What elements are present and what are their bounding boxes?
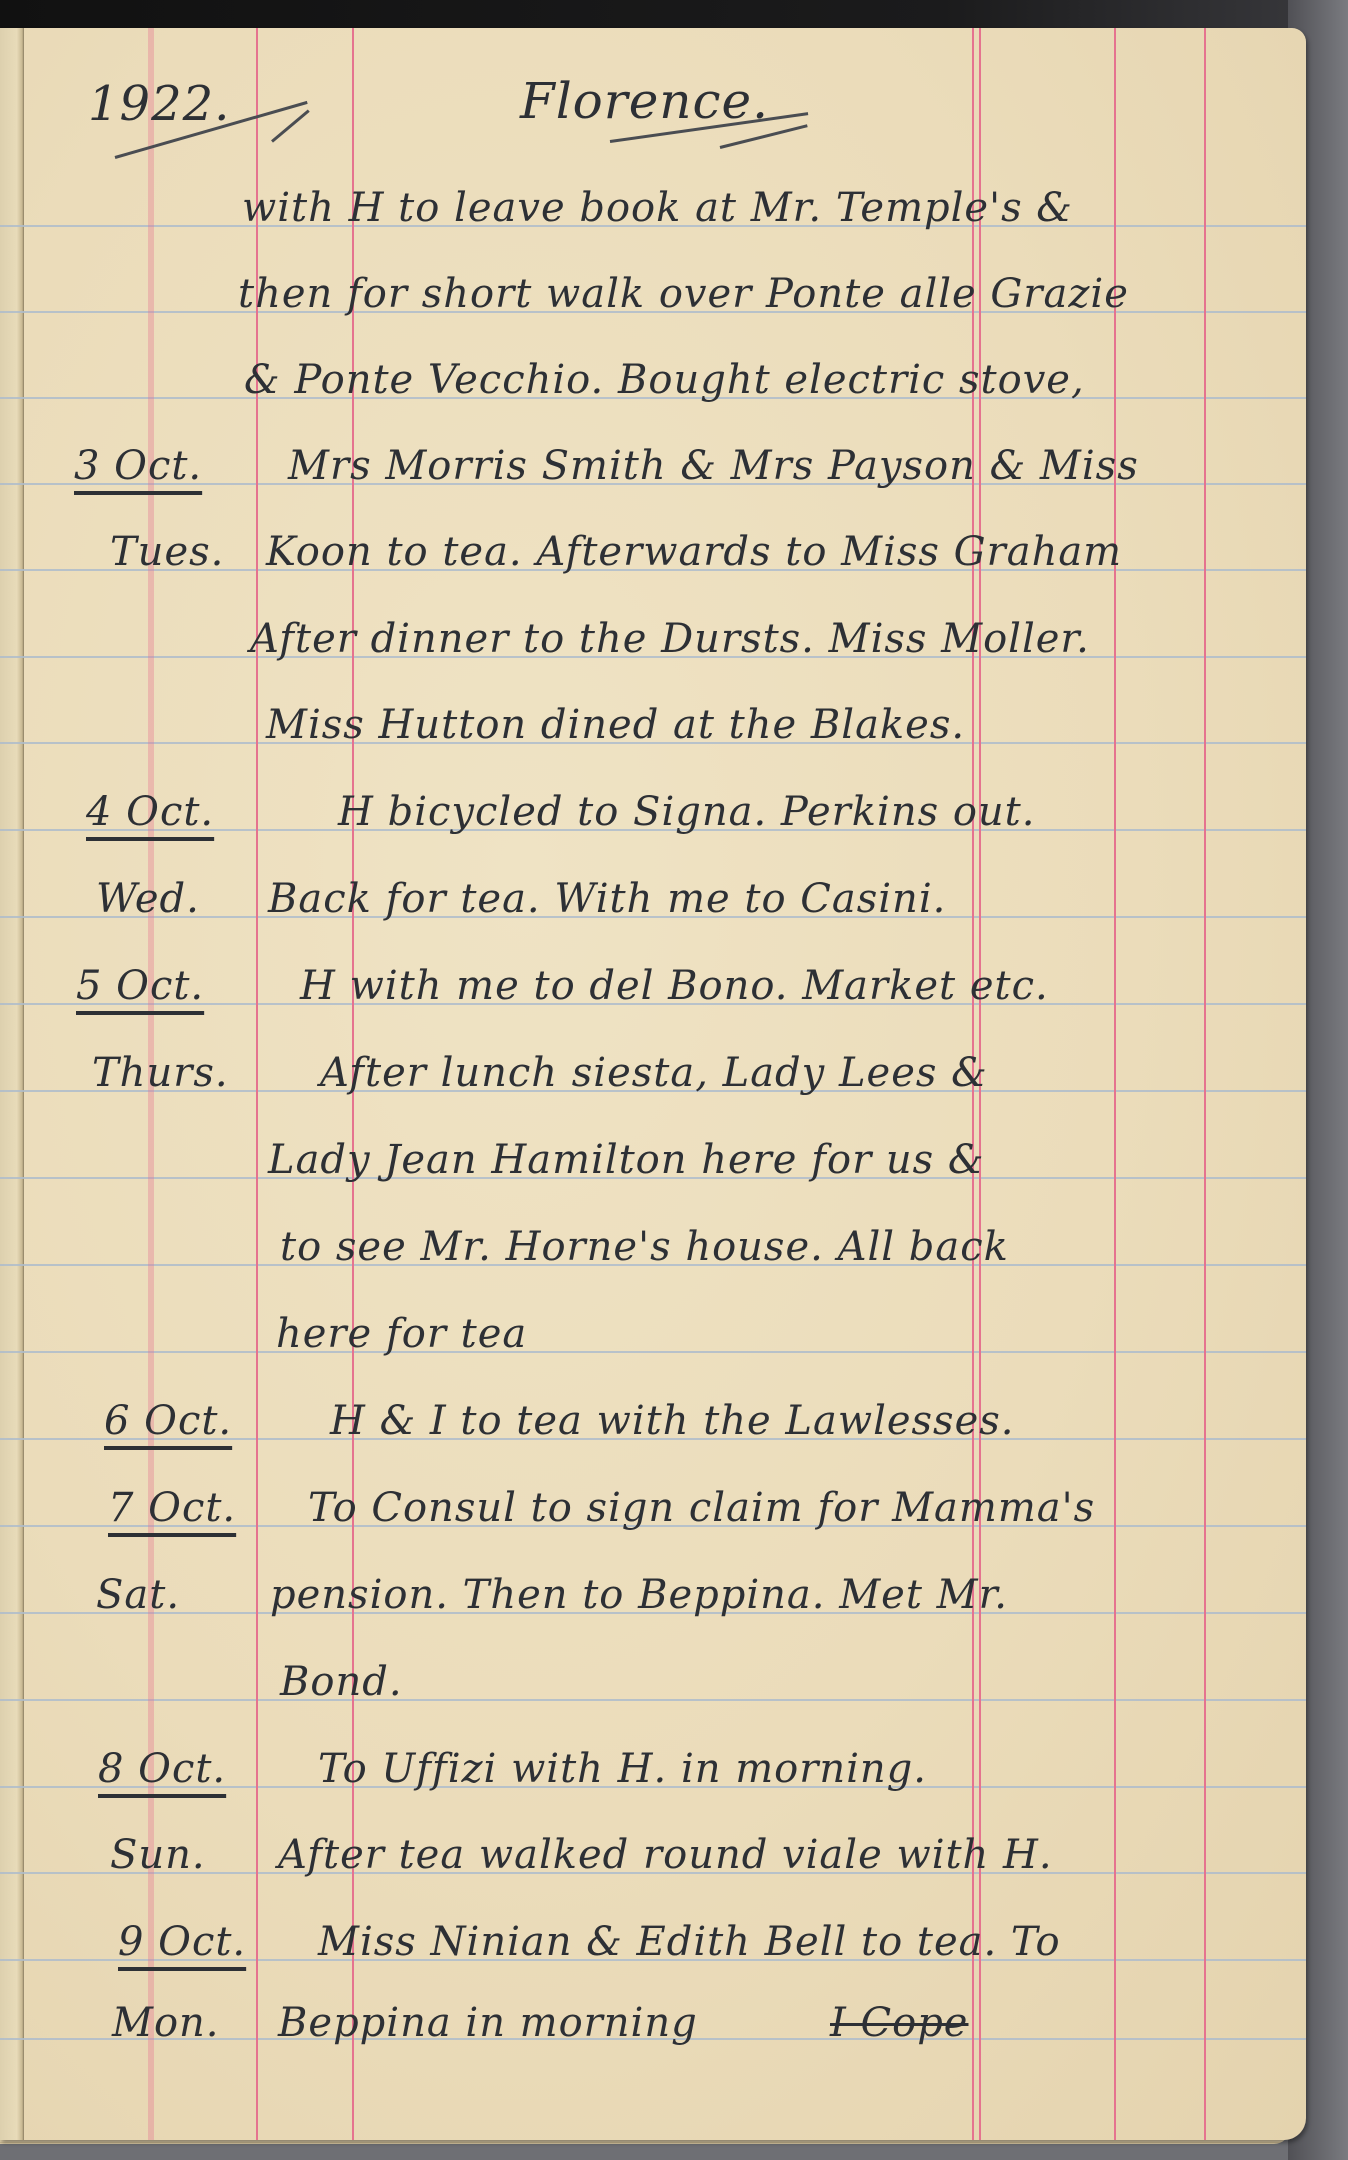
entry-text: After tea walked round viale with H. — [278, 1835, 1053, 1875]
entry-date: 4 Oct. — [86, 792, 214, 832]
entry-text: Beppina in morning — [278, 2003, 698, 2043]
entry-text: H with me to del Bono. Market etc. — [300, 966, 1049, 1006]
entry-text: Koon to tea. Afterwards to Miss Graham — [266, 532, 1122, 572]
entry-text: to see Mr. Horne's house. All back — [280, 1227, 1009, 1267]
entry-text: here for tea — [276, 1314, 527, 1354]
entry-date: 9 Oct. — [118, 1922, 246, 1962]
entry-text: & Ponte Vecchio. Bought electric stove, — [244, 360, 1085, 400]
entry-date: 7 Oct. — [108, 1488, 236, 1528]
entry-text: then for short walk over Ponte alle Graz… — [238, 274, 1129, 314]
header-place: Florence. — [520, 76, 769, 126]
entry-date: 6 Oct. — [104, 1401, 232, 1441]
entry-text: Miss Ninian & Edith Bell to tea. To — [318, 1922, 1061, 1962]
entry-text: Miss Hutton dined at the Blakes. — [266, 705, 965, 745]
entry-text: Mrs Morris Smith & Mrs Payson & Miss — [288, 446, 1139, 486]
entry-date: 5 Oct. — [76, 966, 204, 1006]
entry-day: Sun. — [110, 1835, 206, 1875]
entry-text: H bicycled to Signa. Perkins out. — [338, 792, 1035, 832]
entry-text: To Consul to sign claim for Mamma's — [308, 1488, 1095, 1528]
spine-fold — [0, 28, 24, 2140]
margin-line — [1114, 28, 1116, 2140]
entry-text: with H to leave book at Mr. Temple's & — [242, 188, 1073, 228]
entry-text: Back for tea. With me to Casini. — [268, 879, 946, 919]
ruled-line — [0, 1351, 1306, 1353]
entry-day: Wed. — [96, 879, 200, 919]
entry-text: After dinner to the Dursts. Miss Moller. — [250, 619, 1090, 659]
margin-line — [1204, 28, 1206, 2140]
header-year: 1922. — [88, 80, 230, 128]
entry-day: Tues. — [110, 532, 224, 572]
struck-out-text: I Cope — [830, 2003, 968, 2043]
entry-text: After lunch siesta, Lady Lees & — [320, 1053, 988, 1093]
entry-date: 8 Oct. — [98, 1749, 226, 1789]
margin-line — [256, 28, 258, 2140]
diary-page: 1922. Florence. with H to leave book at … — [0, 28, 1306, 2140]
entry-date: 3 Oct. — [74, 446, 202, 486]
entry-text: Lady Jean Hamilton here for us & — [268, 1140, 985, 1180]
entry-day: Thurs. — [92, 1053, 229, 1093]
ruled-line — [0, 1699, 1306, 1701]
entry-day: Mon. — [112, 2003, 220, 2043]
entry-text: To Uffizi with H. in morning. — [318, 1749, 927, 1789]
entry-day: Sat. — [96, 1575, 180, 1615]
entry-text: pension. Then to Beppina. Met Mr. — [270, 1575, 1008, 1615]
year-flourish — [271, 109, 310, 142]
entry-text: Bond. — [280, 1662, 403, 1702]
entry-text: H & I to tea with the Lawlesses. — [330, 1401, 1015, 1441]
